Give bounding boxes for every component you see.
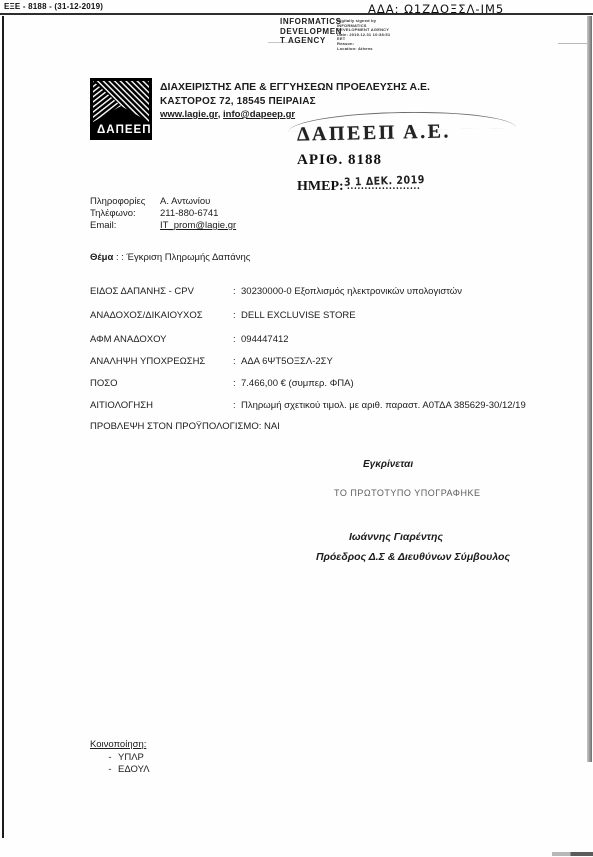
scan-artifact-line xyxy=(558,43,590,44)
field-value: 30230000-0 Εξοπλισμός ηλεκτρονικών υπολο… xyxy=(241,286,462,297)
contact-row: Τηλέφωνο: 211-880-6741 xyxy=(90,208,236,220)
field-row-contractor: ΑΝΑΔΟΧΟΣ/ΔΙΚΑΙΟΥΧΟΣ : DELL EXCLUVISE STO… xyxy=(90,310,356,321)
contact-label: Email: xyxy=(90,220,160,232)
svg-text:ΔΑΠΕΕΠ: ΔΑΠΕΕΠ xyxy=(97,124,152,136)
field-label: ΕΙΔΟΣ ΔΑΠΑΝΗΣ - CPV xyxy=(90,286,233,297)
field-colon: : xyxy=(233,400,241,411)
field-colon: : xyxy=(233,334,241,345)
field-row-vat-number: ΑΦΜ ΑΝΑΔΟΧΟΥ : 094447412 xyxy=(90,334,289,345)
field-colon: : xyxy=(233,356,241,367)
contact-email-link[interactable]: IT_prom@lagie.gr xyxy=(160,220,236,232)
org-name: ΔΙΑΧΕΙΡΙΣΤΗΣ ΑΠΕ & ΕΓΓΥΗΣΕΩΝ ΠΡΟΕΛΕΥΣΗΣ … xyxy=(160,81,430,95)
field-row-amount: ΠΟΣΟ : 7.466,00 € (συμπερ. ΦΠΑ) xyxy=(90,378,354,389)
signer-name: Ιωάννης Γιαρέντης xyxy=(349,531,443,543)
subject-separator: : : xyxy=(113,252,126,263)
protocol-date-label: ΗΜΕΡ: xyxy=(297,179,344,194)
contact-block: Πληροφορίες Α. Αντωνίου Τηλέφωνο: 211-88… xyxy=(90,196,236,232)
agency-line: T AGENCY xyxy=(280,36,338,46)
agency-line: DEVELOPMEN xyxy=(280,27,338,37)
contact-row: Email: IT_prom@lagie.gr xyxy=(90,220,236,232)
protocol-number: ΑΡΙΘ. 8188 xyxy=(297,152,382,169)
field-colon: : xyxy=(233,286,241,297)
field-label: ΑΝΑΔΟΧΟΣ/ΔΙΚΑΙΟΥΧΟΣ xyxy=(90,310,233,321)
contact-label: Τηλέφωνο: xyxy=(90,208,160,220)
horizontal-scrollbar[interactable] xyxy=(552,852,593,856)
distribution-item-label: ΥΠΛΡ xyxy=(118,752,144,765)
org-website-link[interactable]: www.lagie.gr xyxy=(160,109,218,120)
org-email-link[interactable]: info@dapeep.gr xyxy=(223,109,295,120)
contact-row: Πληροφορίες Α. Αντωνίου xyxy=(90,196,236,208)
budget-provision-line: ΠΡΟΒΛΕΨΗ ΣΤΟΝ ΠΡΟΫΠΟΛΟΓΙΣΜΟ: ΝΑΙ xyxy=(90,421,280,432)
approved-label: Εγκρίνεται xyxy=(363,459,413,470)
field-label: ΑΦΜ ΑΝΑΔΟΧΟΥ xyxy=(90,334,233,345)
ada-code: ΑΔΑ: Ω1ΖΔΟΞΣΛ-ΙΜ5 xyxy=(368,2,504,16)
distribution-item-label: ΕΔΟΥΛ xyxy=(118,764,150,777)
field-colon: : xyxy=(233,378,241,389)
field-label: ΑΝΑΛΗΨΗ ΥΠΟΧΡΕΩΣΗΣ xyxy=(90,356,233,367)
field-row-commitment: ΑΝΑΛΗΨΗ ΥΠΟΧΡΕΩΣΗΣ : ΑΔΑ 6ΨΤ5ΟΞΣΛ-2ΣΥ xyxy=(90,356,333,367)
signer-title: Πρόεδρος Δ.Σ & Διευθύνων Σύμβουλος xyxy=(316,551,510,563)
vertical-scrollbar[interactable] xyxy=(587,16,592,762)
contact-label: Πληροφορίες xyxy=(90,196,160,208)
field-label: ΑΙΤΙΟΛΟΓΗΣΗ xyxy=(90,400,233,411)
field-value: Πληρωμή σχετικού τιμολ. με αριθ. παραστ.… xyxy=(241,400,526,411)
original-signed-stamp: ΤΟ ΠΡΩΤΟΤΥΠΟ ΥΠΟΓΡΑΦΗΚΕ xyxy=(334,488,480,498)
distribution-title: Κοινοποίηση: xyxy=(90,739,150,752)
document-page: ΕΞΕ - 8188 - (31-12-2019) ΑΔΑ: Ω1ΖΔΟΞΣΛ-… xyxy=(0,0,593,857)
org-address: ΚΑΣΤΟΡΟΣ 72, 18545 ΠΕΙΡΑΙΑΣ xyxy=(160,95,430,109)
dash: - xyxy=(102,752,118,765)
field-value: DELL EXCLUVISE STORE xyxy=(241,310,356,321)
protocol-stamp-company: ΔΑΠΕΕΠ Α.Ε. xyxy=(297,120,451,146)
subject-text: Έγκριση Πληρωμής Δαπάνης xyxy=(127,252,251,263)
digital-signature-agency: INFORMATICS DEVELOPMEN T AGENCY xyxy=(280,17,338,46)
page-border-left xyxy=(2,16,4,838)
digital-signature-details: Digitally signed by INFORMATICS DEVELOPM… xyxy=(337,19,390,51)
window-title-ribbon: ΕΞΕ - 8188 - (31-12-2019) xyxy=(4,2,103,11)
field-label: ΠΟΣΟ xyxy=(90,378,233,389)
field-colon: : xyxy=(233,310,241,321)
field-value: 094447412 xyxy=(241,334,289,345)
subject-label: Θέμα xyxy=(90,252,113,263)
field-value: 7.466,00 € (συμπερ. ΦΠΑ) xyxy=(241,378,354,389)
field-row-justification: ΑΙΤΙΟΛΟΓΗΣΗ : Πληρωμή σχετικού τιμολ. με… xyxy=(90,400,526,411)
agency-line: INFORMATICS xyxy=(280,17,338,27)
distribution-block: Κοινοποίηση: - ΥΠΛΡ - ΕΔΟΥΛ xyxy=(90,739,150,777)
distribution-item: - ΕΔΟΥΛ xyxy=(90,764,150,777)
subject-line: Θέμα : : Έγκριση Πληρωμής Δαπάνης xyxy=(90,252,250,263)
dash: - xyxy=(102,764,118,777)
field-value: ΑΔΑ 6ΨΤ5ΟΞΣΛ-2ΣΥ xyxy=(241,356,333,367)
dapeep-logo: ΔΑΠΕΕΠ xyxy=(90,78,152,140)
field-row-expense-type: ΕΙΔΟΣ ΔΑΠΑΝΗΣ - CPV : 30230000-0 Εξοπλισ… xyxy=(90,286,462,297)
contact-value: 211-880-6741 xyxy=(160,208,218,220)
contact-value: Α. Αντωνίου xyxy=(160,196,210,208)
distribution-item: - ΥΠΛΡ xyxy=(90,752,150,765)
